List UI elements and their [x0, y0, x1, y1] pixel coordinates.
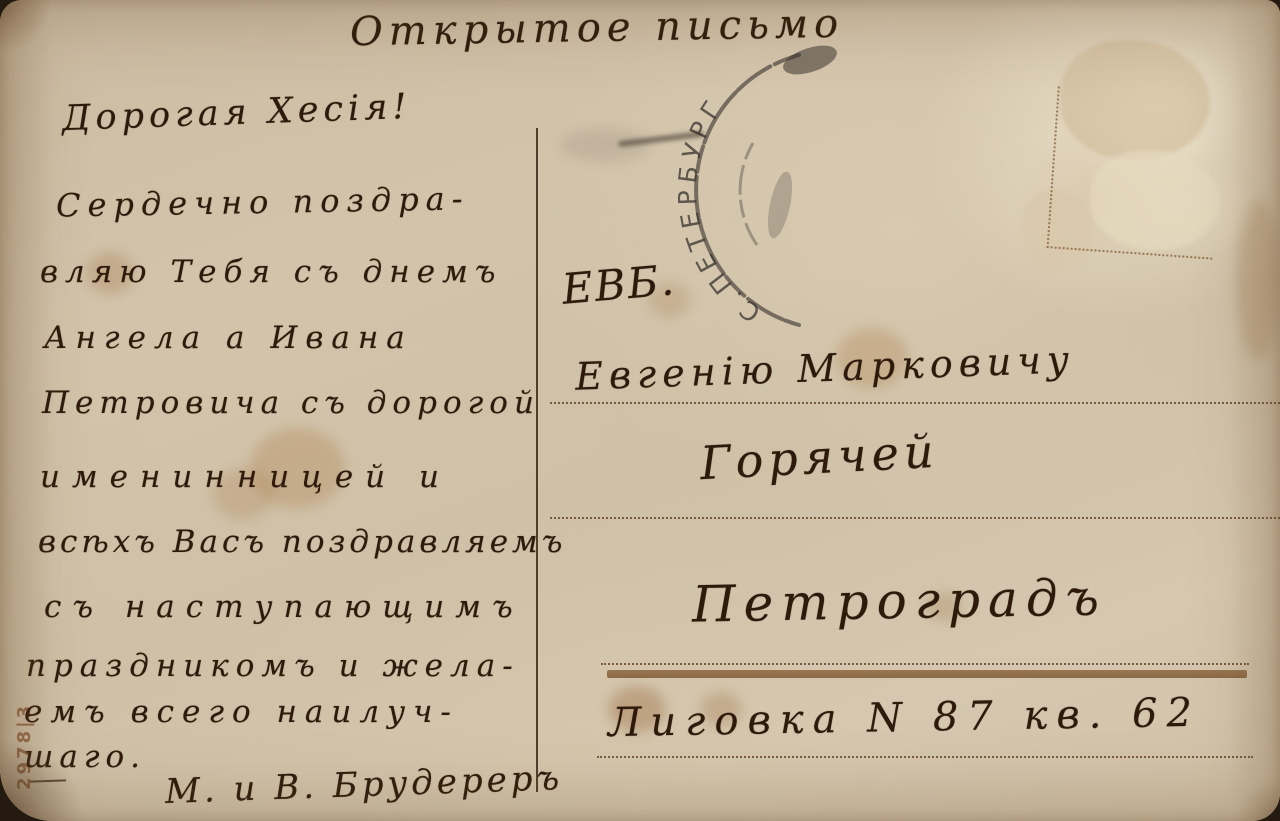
- address-honorific: ЕВБ.: [560, 259, 677, 311]
- address-street: Лиговка N 87 кв. 62: [608, 693, 1202, 743]
- svg-text:С.ПЕТЕРБУРГ: С.ПЕТЕРБУРГ: [673, 91, 766, 328]
- stamp-frame-dotted-box: [1047, 86, 1224, 259]
- stain: [1236, 200, 1280, 360]
- address-dotted-line-4: [597, 756, 1253, 758]
- word-underline: [30, 779, 66, 782]
- message-line: всѣхъ Васъ поздравляемъ: [38, 527, 566, 558]
- address-dotted-line-2: [550, 517, 1280, 519]
- postmark-text: С.ПЕТЕРБУРГ: [673, 91, 766, 328]
- paper-tear: [1060, 40, 1210, 160]
- paper-tear: [1090, 150, 1220, 250]
- address-recipient: Евгенію Марковичу: [574, 340, 1075, 395]
- message-line: Дорогая Хесія!: [61, 90, 412, 137]
- message-line: именинницей и: [40, 462, 451, 493]
- message-line: Ангела а Ивана: [44, 323, 413, 354]
- message-line: емъ всего наилуч-: [24, 697, 459, 728]
- postcard-header: Открытое письмо: [350, 4, 845, 53]
- address-city: Петроградъ: [692, 572, 1108, 629]
- postcard: 2978|3 С.ПЕТЕРБУРГ Открытое письмо Дорог…: [0, 0, 1280, 821]
- message-line: Петровича съ дорогой: [42, 388, 540, 419]
- address-dotted-line-1: [550, 402, 1280, 404]
- message-line: праздникомъ и жела-: [26, 651, 520, 682]
- postmark-stamp: С.ПЕТЕРБУРГ: [660, 15, 1020, 375]
- printed-brown-bar: [607, 670, 1247, 678]
- message-line: Сердечно поздра-: [56, 182, 470, 221]
- message-line: съ наступающимъ: [44, 592, 524, 623]
- printed-center-divider: [536, 128, 538, 792]
- paper-tear: [1022, 190, 1092, 270]
- signature: М. и В. Брудереръ: [165, 761, 564, 809]
- stamp-removed-area: [1008, 18, 1258, 270]
- address-dotted-line-3: [601, 663, 1249, 665]
- ink-smear: [618, 131, 704, 147]
- message-line: вляю Тебя съ днемъ: [40, 257, 502, 288]
- message-line: шаго.: [24, 742, 146, 773]
- address-surname: Горячей: [699, 428, 940, 486]
